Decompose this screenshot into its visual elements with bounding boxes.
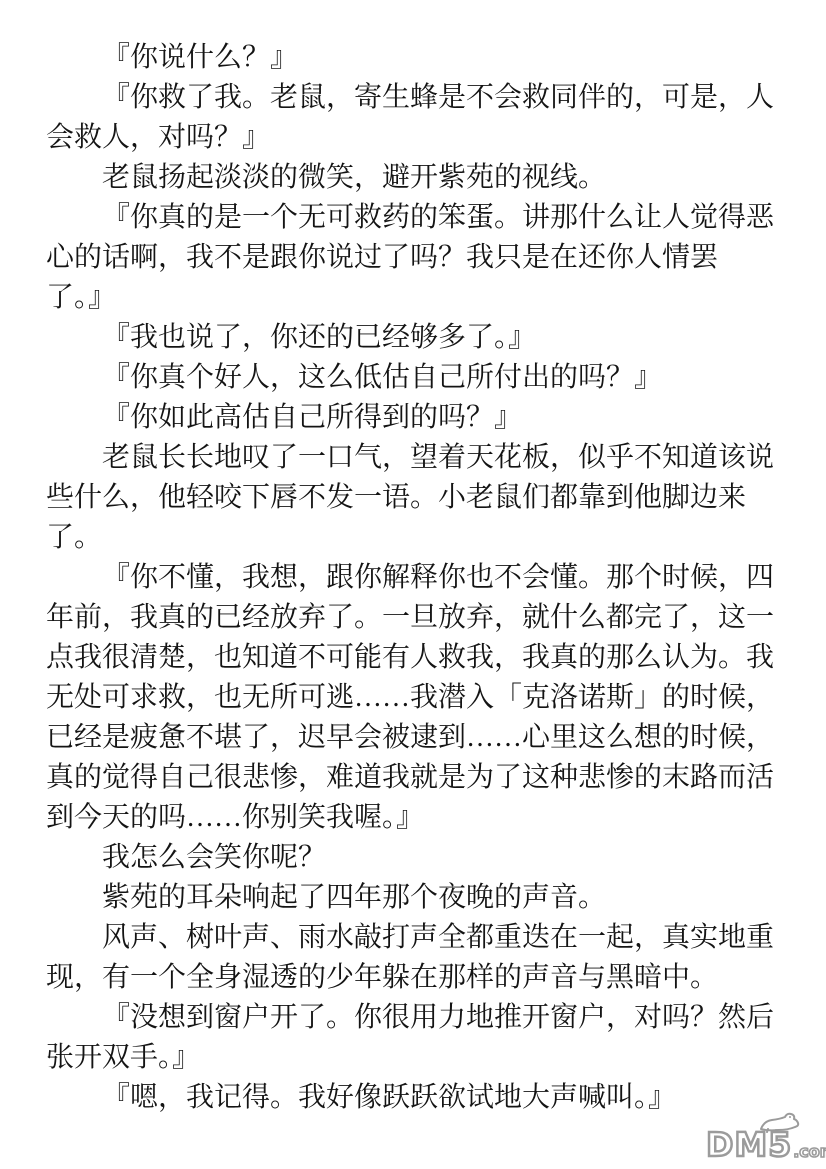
text-line: 了。』 — [46, 278, 778, 318]
text-line: 已经是疲惫不堪了，迟早会被逮到……心里这么想的时候， — [46, 718, 778, 758]
text-line: 『你不懂，我想，跟你解释你也不会懂。那个时候，四 — [46, 558, 778, 598]
text-line: 紫苑的耳朵响起了四年那个夜晚的声音。 — [46, 878, 778, 918]
text-line: 『你说什么？』 — [46, 38, 778, 78]
text-line: 点我很清楚，也知道不可能有人救我，我真的那么认为。我 — [46, 638, 778, 678]
text-line: 些什么，他轻咬下唇不发一语。小老鼠们都靠到他脚边来 — [46, 478, 778, 518]
text-line: 张开双手。』 — [46, 1038, 778, 1078]
text-line: 『你如此高估自己所得到的吗？』 — [46, 398, 778, 438]
text-line: 会救人，对吗？』 — [46, 118, 778, 158]
text-line: 『你真个好人，这么低估自己所付出的吗？』 — [46, 358, 778, 398]
watermark-suffix: .com — [793, 1143, 826, 1161]
text-line: 『我也说了，你还的已经够多了。』 — [46, 318, 778, 358]
text-line: 现，有一个全身湿透的少年躲在那样的声音与黑暗中。 — [46, 958, 778, 998]
text-line: 风声、树叶声、雨水敲打声全都重迭在一起，真实地重 — [46, 918, 778, 958]
text-line: 我怎么会笑你呢？ — [46, 838, 778, 878]
text-line: 无处可求救，也无所可逃……我潜入「克洛诺斯」的时候， — [46, 678, 778, 718]
text-line: 了。 — [46, 518, 778, 558]
text-line: 真的觉得自己很悲惨，难道我就是为了这种悲惨的末路而活 — [46, 758, 778, 798]
novel-page: 『你说什么？』『你救了我。老鼠，寄生蜂是不会救同伴的，可是，人会救人，对吗？』老… — [0, 0, 826, 1169]
text-line: 『嗯，我记得。我好像跃跃欲试地大声喊叫。』 — [46, 1078, 778, 1118]
text-line: 老鼠长长地叹了一口气，望着天花板，似乎不知道该说 — [46, 438, 778, 478]
text-lines: 『你说什么？』『你救了我。老鼠，寄生蜂是不会救同伴的，可是，人会救人，对吗？』老… — [46, 38, 778, 1118]
text-line: 『没想到窗户开了。你很用力地推开窗户，对吗？然后 — [46, 998, 778, 1038]
watermark-brand: DM5 — [706, 1128, 792, 1161]
text-line: 『你救了我。老鼠，寄生蜂是不会救同伴的，可是，人 — [46, 78, 778, 118]
text-line: 到今天的吗……你别笑我喔。』 — [46, 798, 778, 838]
text-line: 老鼠扬起淡淡的微笑，避开紫苑的视线。 — [46, 158, 778, 198]
text-line: 年前，我真的已经放弃了。一旦放弃，就什么都完了，这一 — [46, 598, 778, 638]
text-line: 『你真的是一个无可救药的笨蛋。讲那什么让人觉得恶 — [46, 198, 778, 238]
text-line: 心的话啊，我不是跟你说过了吗？我只是在还你人情罢 — [46, 238, 778, 278]
dm5-watermark: DM5 .com — [706, 1113, 818, 1161]
